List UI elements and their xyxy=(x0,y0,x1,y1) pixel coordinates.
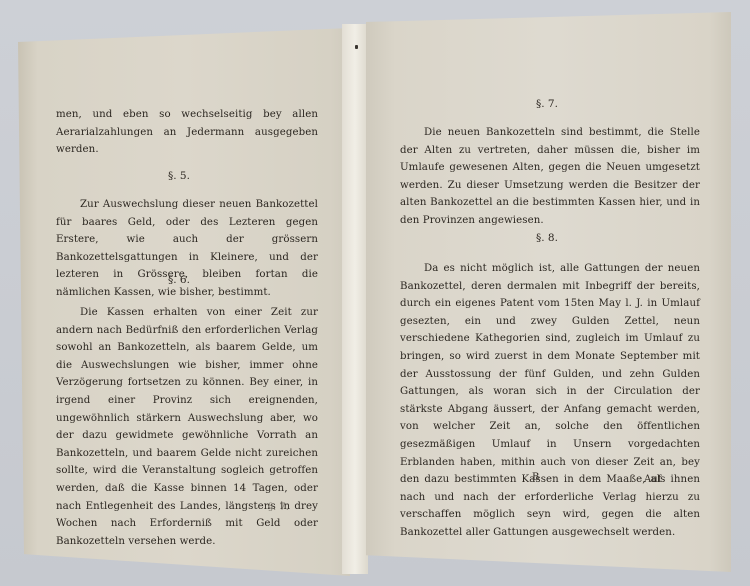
section-6-paragraph: Die Kassen erhalten von einer Zeit zur a… xyxy=(56,304,318,550)
section-5-heading: §. 5. xyxy=(168,170,190,182)
binding-hole xyxy=(355,45,358,49)
signature-mark: B xyxy=(532,472,539,483)
section-7-paragraph: Die neuen Bankozetteln sind bestimmt, di… xyxy=(400,124,700,230)
section-6-heading: §. 6. xyxy=(168,274,190,286)
left-continuation-text: men, und eben so wechselseitig bey allen… xyxy=(56,106,318,159)
continuation-paragraph: men, und eben so wechselseitig bey allen… xyxy=(56,106,318,159)
section-6-body: Die Kassen erhalten von einer Zeit zur a… xyxy=(56,304,318,550)
book-gutter xyxy=(342,24,368,574)
section-7-heading: §. 7. xyxy=(536,98,558,110)
section-7-body: Die neuen Bankozetteln sind bestimmt, di… xyxy=(400,124,700,230)
left-page: men, und eben so wechselseitig bey allen… xyxy=(18,28,350,576)
section-8-paragraph: Da es nicht möglich ist, alle Gattungen … xyxy=(400,260,700,542)
right-page: §. 7. Die neuen Bankozetteln sind bestim… xyxy=(366,12,731,572)
catchword: Auf xyxy=(644,474,661,485)
section-8-body: Da es nicht möglich ist, alle Gattungen … xyxy=(400,260,700,542)
section-8-heading: §. 8. xyxy=(536,232,558,244)
show-through-mark: §. 7. xyxy=(268,502,289,513)
